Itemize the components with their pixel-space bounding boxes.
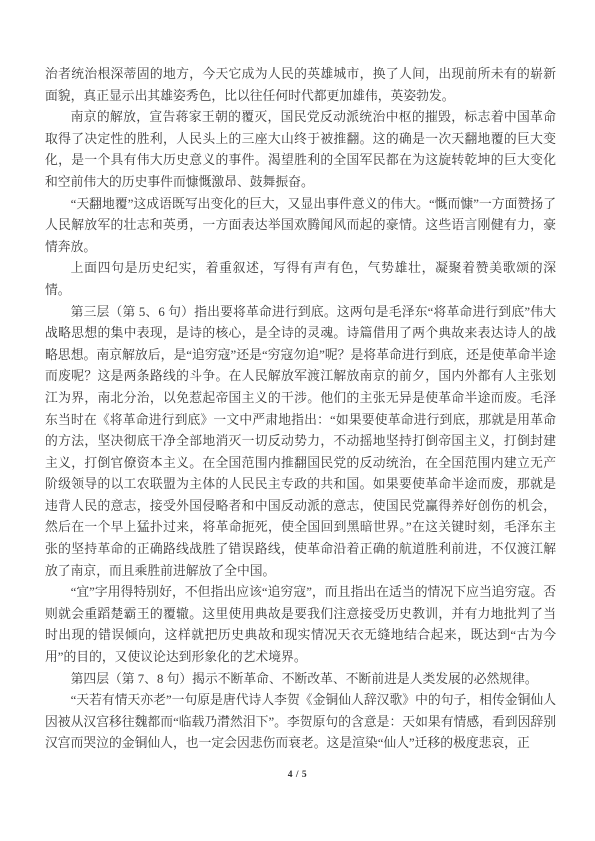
paragraph: 南京的解放，宣告蒋家王朝的覆灭，国民党反动派统治中枢的摧毁，标志着中国革命取得了… <box>45 107 556 193</box>
text-block: 治者统治根深蒂固的地方，今天它成为人民的英雄城市，换了人间，出现前所未有的崭新面… <box>45 64 556 755</box>
paragraph: “天若有情天亦老”一句原是唐代诗人李贺《金铜仙人辞汉歌》中的句子，相传金铜仙人因… <box>45 690 556 755</box>
page-footer: 4 / 5 <box>0 764 595 782</box>
paragraph: “宜”字用得特别好，不但指出应该“追穷寇”，而且指出在适当的情况下应当追穷寇。否… <box>45 582 556 668</box>
paragraph: 上面四句是历史纪实，着重叙述，写得有声有色，气势雄壮，凝聚着赞美歌颂的深情。 <box>45 258 556 301</box>
paragraph: 治者统治根深蒂固的地方，今天它成为人民的英雄城市，换了人间，出现前所未有的崭新面… <box>45 64 556 107</box>
paragraph: “天翻地覆”这成语既写出变化的巨大，又显出事件意义的伟大。“慨而慷”一方面赞扬了… <box>45 194 556 259</box>
document-page: 治者统治根深蒂固的地方，今天它成为人民的英雄城市，换了人间，出现前所未有的崭新面… <box>0 0 595 841</box>
paragraph: 第四层（第 7、8 句）揭示不断革命、不断改革、不断前进是人类发展的必然规律。 <box>45 669 556 691</box>
page-number: 4 / 5 <box>288 770 307 780</box>
paragraph: 第三层（第 5、6 句）指出要将革命进行到底。这两句是毛泽东“将革命进行到底”伟… <box>45 302 556 583</box>
